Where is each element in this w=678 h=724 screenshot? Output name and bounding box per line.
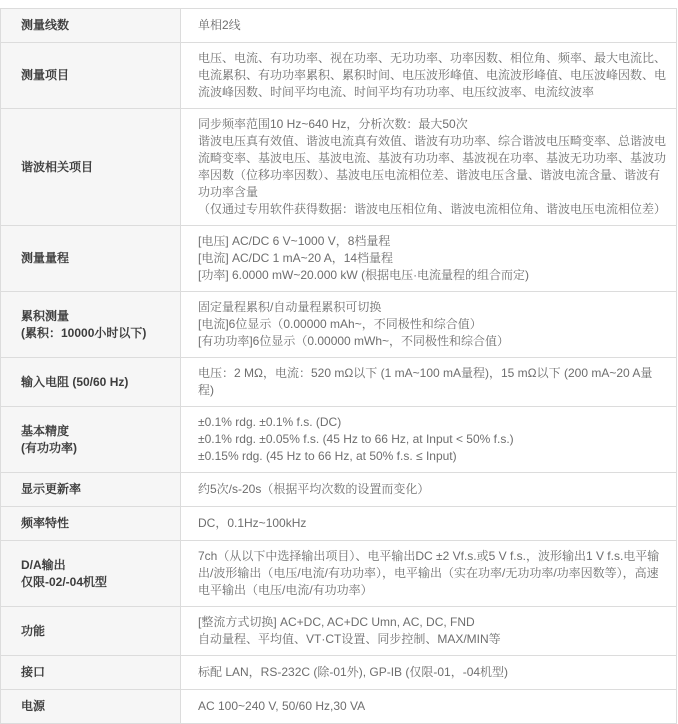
spec-label-line: 频率特性 [21, 515, 170, 532]
spec-value-line: 单相2线 [198, 17, 666, 34]
spec-label-line: 累积测量 [21, 308, 170, 325]
spec-value: 标配 LAN，RS-232C (除-01外), GP-IB (仅限-01，-04… [181, 656, 676, 689]
spec-value: 电压：2 MΩ，电流：520 mΩ以下 (1 mA~100 mA量程)，15 m… [181, 358, 676, 406]
spec-value: 7ch（从以下中选择输出项目）、电平输出DC ±2 Vf.s.或5 V f.s.… [181, 541, 676, 606]
spec-table: 测量线数单相2线测量项目电压、电流、有功功率、视在功率、无功功率、功率因数、相位… [0, 8, 677, 724]
spec-value-line: 同步频率范围10 Hz~640 Hz，分析次数：最大50次 [198, 116, 666, 133]
spec-value-line: [整流方式切换] AC+DC, AC+DC Umn, AC, DC, FND [198, 614, 666, 631]
spec-row: 频率特性DC，0.1Hz~100kHz [1, 507, 676, 541]
spec-row: 测量量程[电压] AC/DC 6 V~1000 V，8档量程[电流] AC/DC… [1, 226, 676, 292]
spec-page: 测量线数单相2线测量项目电压、电流、有功功率、视在功率、无功功率、功率因数、相位… [0, 0, 678, 724]
spec-label: D/A输出仅限-02/-04机型 [1, 541, 181, 606]
spec-row: 测量线数单相2线 [1, 9, 676, 43]
spec-value-line: DC，0.1Hz~100kHz [198, 515, 666, 532]
spec-value: DC，0.1Hz~100kHz [181, 507, 676, 540]
spec-value-line: ±0.1% rdg. ±0.1% f.s. (DC) [198, 414, 666, 431]
spec-value: ±0.1% rdg. ±0.1% f.s. (DC)±0.1% rdg. ±0.… [181, 407, 676, 472]
spec-value: 固定量程累积/自动量程累积可切换[电流]6位显示（0.00000 mAh~，不同… [181, 292, 676, 357]
spec-row: 电源AC 100~240 V, 50/60 Hz,30 VA [1, 690, 676, 724]
spec-label: 接口 [1, 656, 181, 689]
spec-label-line: 功能 [21, 623, 170, 640]
spec-value-line: [电流] AC/DC 1 mA~20 A，14档量程 [198, 250, 666, 267]
spec-value: AC 100~240 V, 50/60 Hz,30 VA [181, 690, 676, 723]
spec-value-line: [有功功率]6位显示（0.00000 mWh~，不同极性和综合值） [198, 333, 666, 350]
spec-label-line: (累积：10000小时以下) [21, 325, 170, 342]
spec-label: 电源 [1, 690, 181, 723]
spec-label: 输入电阻 (50/60 Hz) [1, 358, 181, 406]
spec-label-line: 测量线数 [21, 17, 170, 34]
spec-value: [电压] AC/DC 6 V~1000 V，8档量程[电流] AC/DC 1 m… [181, 226, 676, 291]
spec-label: 测量线数 [1, 9, 181, 42]
spec-value: [整流方式切换] AC+DC, AC+DC Umn, AC, DC, FND自动… [181, 607, 676, 655]
spec-value-line: ±0.1% rdg. ±0.05% f.s. (45 Hz to 66 Hz, … [198, 431, 666, 448]
spec-row: D/A输出仅限-02/-04机型7ch（从以下中选择输出项目）、电平输出DC ±… [1, 541, 676, 607]
spec-value: 同步频率范围10 Hz~640 Hz，分析次数：最大50次谐波电压真有效值、谐波… [181, 109, 676, 225]
spec-value-line: 自动量程、平均值、VT·CT设置、同步控制、MAX/MIN等 [198, 631, 666, 648]
spec-value: 电压、电流、有功功率、视在功率、无功功率、功率因数、相位角、频率、最大电流比、电… [181, 43, 676, 108]
spec-row: 功能[整流方式切换] AC+DC, AC+DC Umn, AC, DC, FND… [1, 607, 676, 656]
spec-row: 谐波相关项目同步频率范围10 Hz~640 Hz，分析次数：最大50次谐波电压真… [1, 109, 676, 226]
spec-label-line: 基本精度 [21, 423, 170, 440]
spec-label: 累积测量(累积：10000小时以下) [1, 292, 181, 357]
spec-value-line: 谐波电压真有效值、谐波电流真有效值、谐波有功功率、综合谐波电压畸变率、总谐波电流… [198, 133, 666, 201]
spec-label: 基本精度(有功功率) [1, 407, 181, 472]
spec-row: 累积测量(累积：10000小时以下)固定量程累积/自动量程累积可切换[电流]6位… [1, 292, 676, 358]
spec-label-line: 输入电阻 (50/60 Hz) [21, 374, 170, 391]
spec-value: 单相2线 [181, 9, 676, 42]
spec-row: 基本精度(有功功率)±0.1% rdg. ±0.1% f.s. (DC)±0.1… [1, 407, 676, 473]
spec-label: 频率特性 [1, 507, 181, 540]
spec-value-line: 7ch（从以下中选择输出项目）、电平输出DC ±2 Vf.s.或5 V f.s.… [198, 548, 666, 599]
spec-value-line: [电流]6位显示（0.00000 mAh~，不同极性和综合值） [198, 316, 666, 333]
spec-value: 约5次/s-20s（根据平均次数的设置而变化） [181, 473, 676, 506]
spec-label-line: D/A输出 [21, 557, 170, 574]
spec-value-line: 标配 LAN，RS-232C (除-01外), GP-IB (仅限-01，-04… [198, 664, 666, 681]
spec-label-line: 谐波相关项目 [21, 159, 170, 176]
spec-label-line: 测量量程 [21, 250, 170, 267]
spec-label: 显示更新率 [1, 473, 181, 506]
spec-row: 输入电阻 (50/60 Hz)电压：2 MΩ，电流：520 mΩ以下 (1 mA… [1, 358, 676, 407]
spec-value-line: 电压：2 MΩ，电流：520 mΩ以下 (1 mA~100 mA量程)，15 m… [198, 365, 666, 399]
spec-label-line: 显示更新率 [21, 481, 170, 498]
spec-label-line: 电源 [21, 698, 170, 715]
spec-value-line: 电压、电流、有功功率、视在功率、无功功率、功率因数、相位角、频率、最大电流比、电… [198, 50, 666, 101]
spec-label-line: 接口 [21, 664, 170, 681]
spec-label: 功能 [1, 607, 181, 655]
spec-value-line: ±0.15% rdg. (45 Hz to 66 Hz, at 50% f.s.… [198, 448, 666, 465]
spec-label: 谐波相关项目 [1, 109, 181, 225]
spec-value-line: 约5次/s-20s（根据平均次数的设置而变化） [198, 481, 666, 498]
spec-row: 测量项目电压、电流、有功功率、视在功率、无功功率、功率因数、相位角、频率、最大电… [1, 43, 676, 109]
spec-label-line: 测量项目 [21, 67, 170, 84]
spec-label-line: 仅限-02/-04机型 [21, 574, 170, 591]
spec-label: 测量量程 [1, 226, 181, 291]
spec-label: 测量项目 [1, 43, 181, 108]
spec-value-line: AC 100~240 V, 50/60 Hz,30 VA [198, 698, 666, 715]
spec-row: 接口标配 LAN，RS-232C (除-01外), GP-IB (仅限-01，-… [1, 656, 676, 690]
spec-label-line: (有功功率) [21, 440, 170, 457]
spec-value-line: [功率] 6.0000 mW~20.000 kW (根据电压·电流量程的组合而定… [198, 267, 666, 284]
spec-value-line: [电压] AC/DC 6 V~1000 V，8档量程 [198, 233, 666, 250]
spec-value-line: （仅通过专用软件获得数据：谐波电压相位角、谐波电流相位角、谐波电压电流相位差） [198, 201, 666, 218]
spec-value-line: 固定量程累积/自动量程累积可切换 [198, 299, 666, 316]
spec-row: 显示更新率约5次/s-20s（根据平均次数的设置而变化） [1, 473, 676, 507]
